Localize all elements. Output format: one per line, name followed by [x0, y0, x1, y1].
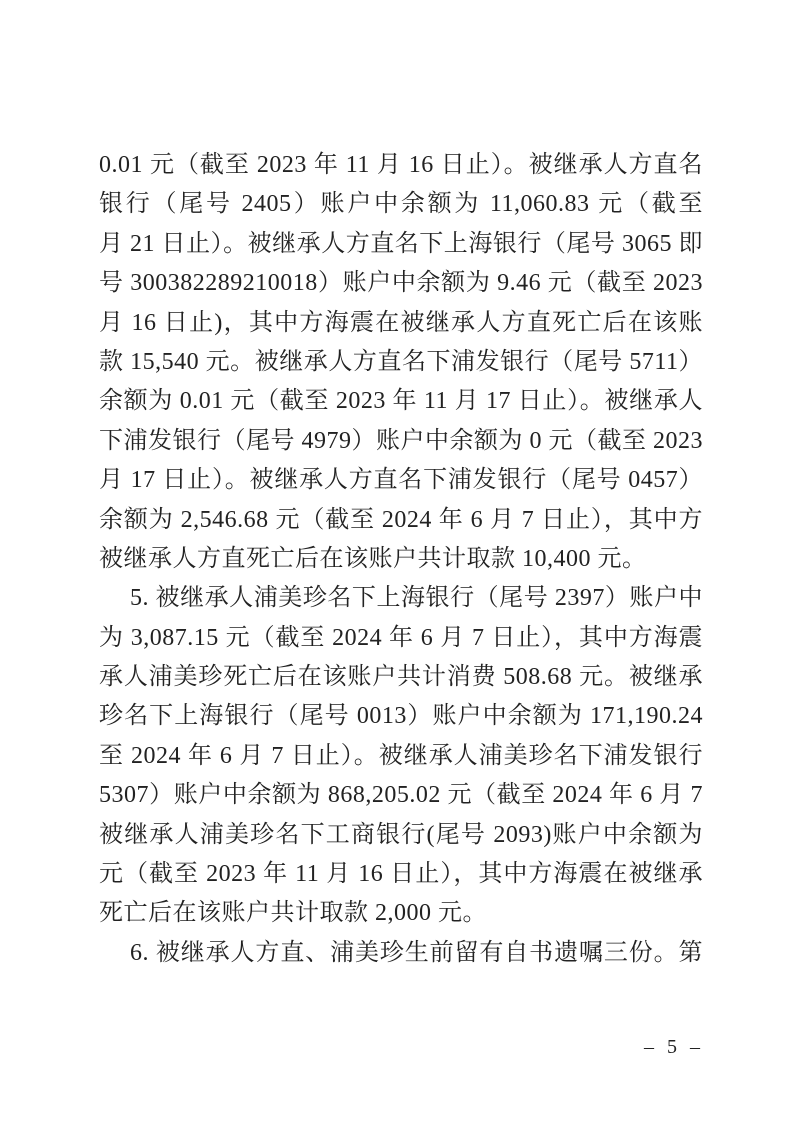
text-line: 月 16 日止)，其中方海震在被继承人方直死亡后在该账户共计取 — [99, 304, 703, 343]
text-line: 下浦发银行（尾号 4979）账户中余额为 0 元（截至 2023 年 11 — [99, 422, 703, 461]
text-line-paragraph-6-start: 6. 被继承人方直、浦美珍生前留有自书遗嘱三份。第一份浦 — [99, 934, 703, 973]
text-line: 号 300382289210018）账户中余额为 9.46 元（截至 2023 … — [99, 264, 703, 303]
text-line: 为 3,087.15 元（截至 2024 年 6 月 7 日止），其中方海震在被… — [99, 619, 703, 658]
text-line: 余额为 0.01 元（截至 2023 年 11 月 17 日止）。被继承人方直名 — [99, 382, 703, 421]
text-line: 余额为 2,546.68 元（截至 2024 年 6 月 7 日止），其中方海震… — [99, 501, 703, 540]
text-line-paragraph-5-start: 5. 被继承人浦美珍名下上海银行（尾号 2397）账户中余额 — [99, 579, 703, 618]
text-line: 月 21 日止）。被继承人方直名下上海银行（尾号 3065 即存折账 — [99, 225, 703, 264]
text-line: 月 17 日止）。被继承人方直名下浦发银行（尾号 0457）账户中 — [99, 461, 703, 500]
body-text: 0.01 元（截至 2023 年 11 月 16 日止）。被继承人方直名下上海 … — [99, 146, 703, 973]
text-line: 银行（尾号 2405）账户中余额为 11,060.83 元（截至 2024 年 … — [99, 185, 703, 224]
page-number: – 5 – — [644, 1036, 704, 1059]
text-line: 珍名下上海银行（尾号 0013）账户中余额为 171,190.24 元（截 — [99, 697, 703, 736]
text-line: 元（截至 2023 年 11 月 16 日止），其中方海震在被继承人浦美珍 — [99, 855, 703, 894]
text-line: 死亡后在该账户共计取款 2,000 元。 — [99, 894, 703, 933]
document-page: 0.01 元（截至 2023 年 11 月 16 日止）。被继承人方直名下上海 … — [0, 0, 800, 1131]
text-line: 被继承人浦美珍名下工商银行(尾号 2093)账户中余额为 555.98 — [99, 816, 703, 855]
text-line: 5307）账户中余额为 868,205.02 元（截至 2024 年 6 月 7… — [99, 776, 703, 815]
text-line: 被继承人方直死亡后在该账户共计取款 10,400 元。 — [99, 540, 703, 579]
text-line: 款 15,540 元。被继承人方直名下浦发银行（尾号 5711）账户中 — [99, 343, 703, 382]
text-line: 至 2024 年 6 月 7 日止）。被继承人浦美珍名下浦发银行（尾号 — [99, 737, 703, 776]
text-line: 承人浦美珍死亡后在该账户共计消费 508.68 元。被继承人浦美 — [99, 658, 703, 697]
text-line: 0.01 元（截至 2023 年 11 月 16 日止）。被继承人方直名下上海 — [99, 146, 703, 185]
